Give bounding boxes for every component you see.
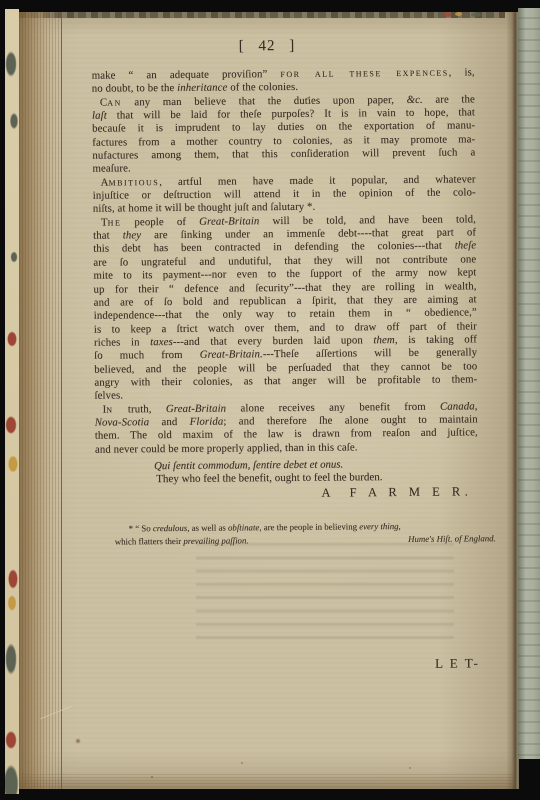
text-segment: truth, <box>114 403 166 415</box>
text-segment: , are the people in believing <box>259 521 359 532</box>
text-segment: are the <box>423 93 475 105</box>
body-lines: make “ an adequate proviſion” for all th… <box>92 66 478 456</box>
ink-spot <box>151 776 153 778</box>
text-segment: , artful men have made it popular, and w… <box>159 173 476 188</box>
text-segment: taxes <box>150 336 173 348</box>
text-segment: riches in <box>94 336 150 348</box>
page-number: [ 42 ] <box>75 36 458 56</box>
text-segment: , is taking off <box>395 333 477 346</box>
text-segment: Florida <box>190 415 224 427</box>
text-segment: * “ So <box>129 523 153 533</box>
text-segment: Great-Britain <box>199 215 259 228</box>
text-segment: n <box>106 403 113 415</box>
text-segment: ---and that every burden laid upon <box>173 334 374 348</box>
text-segment: , <box>398 521 400 531</box>
text-segment: ---Theſe aſſertions will be generally <box>263 347 477 361</box>
text-block: [ 42 ] make “ an adequate proviſion” for… <box>91 10 479 547</box>
text-segment: obſtinate <box>228 522 259 532</box>
text-segment: , as well as <box>187 522 228 532</box>
text-segment: ; and therefore ſhe alone ought to maint… <box>223 413 477 427</box>
text-segment: prevailing paſſion. <box>183 535 248 546</box>
text-line: and never could be more properly applied… <box>95 440 478 457</box>
text-segment: of the colonies. <box>227 81 298 94</box>
text-segment: ſelves. <box>94 390 123 402</box>
text-segment: them <box>373 334 394 346</box>
text-segment: laſt <box>92 110 107 122</box>
text-segment: Great-Britain. <box>200 348 263 361</box>
text-segment: make “ an adequate proviſion” <box>92 68 281 82</box>
text-segment: nufactures among them, that this conſide… <box>92 146 475 161</box>
text-segment: that <box>93 230 123 242</box>
text-segment: Great-Britain <box>166 402 226 415</box>
text-segment: , is, <box>449 66 475 78</box>
text-segment: alone receives any benefit from <box>226 400 440 414</box>
text-segment: angry with their colonies, as that anger… <box>94 373 477 388</box>
text-segment: and <box>149 416 190 428</box>
text-segment: Canada <box>440 400 475 412</box>
text-segment: they <box>123 229 141 241</box>
text-segment: credulous <box>153 523 187 533</box>
text-segment: which flatters their <box>115 535 184 546</box>
facing-page-edge <box>518 8 540 759</box>
text-segment: , <box>475 400 478 412</box>
author-signature: A F A R M E R. <box>95 484 478 501</box>
text-segment: Nova-Scotia <box>95 416 150 428</box>
text-segment: injuſtice or deſtruction will attend it … <box>93 186 476 201</box>
text-segment: inheritance <box>177 82 227 94</box>
text-segment: any man believe that the duties upon pap… <box>122 94 407 108</box>
text-segment: will be told, and have been told, <box>259 213 476 227</box>
ink-spot <box>409 767 411 769</box>
footnote: * “ So credulous, as well as obſtinate, … <box>115 519 496 548</box>
text-segment: people of <box>121 216 199 229</box>
page-fore-edge <box>19 12 62 789</box>
text-segment: They who feel the benefit, ought to feel… <box>156 471 382 485</box>
catchword: L E T- <box>435 655 480 671</box>
text-segment: are ſinking under an immenſe debt----tha… <box>141 226 476 241</box>
text-segment: no doubt, to be the <box>92 82 177 95</box>
text-segment: for all these expences <box>280 67 448 80</box>
book-page: [ 42 ] make “ an adequate proviſion” for… <box>19 12 518 789</box>
text-segment: Hume's Hiſt. of England. <box>408 533 496 544</box>
text-segment: &c. <box>407 93 423 105</box>
text-segment: theſe <box>455 240 477 252</box>
photo-backdrop: { "theme": { "backdrop": "#0b0b0b", "pag… <box>0 0 540 800</box>
ink-spot <box>76 739 80 743</box>
text-segment: niſts, at home it will be thought juſt a… <box>93 201 316 215</box>
text-segment: he <box>108 216 122 228</box>
show-through-ghost-text <box>196 543 454 646</box>
text-segment: them. The old maxim of the law is drawn … <box>95 427 478 442</box>
text-segment: meaſure. <box>92 163 130 175</box>
text-segment: ſo much from <box>94 349 200 362</box>
text-segment: every thing <box>359 521 398 531</box>
text-segment: and never could be more properly applied… <box>95 441 358 455</box>
ink-spot <box>241 762 243 764</box>
text-segment: A <box>101 176 109 188</box>
text-segment: mbitious <box>108 176 159 188</box>
footnote-attribution: Hume's Hiſt. of England. <box>408 532 496 545</box>
page-bottom-edge <box>19 774 518 789</box>
footnote-text: which flatters their prevailing paſſion. <box>115 534 249 548</box>
marbled-board-edge <box>5 9 19 794</box>
text-segment: an <box>107 96 122 108</box>
text-segment: Qui ſentit commodum, ſentire debet et on… <box>154 458 343 472</box>
